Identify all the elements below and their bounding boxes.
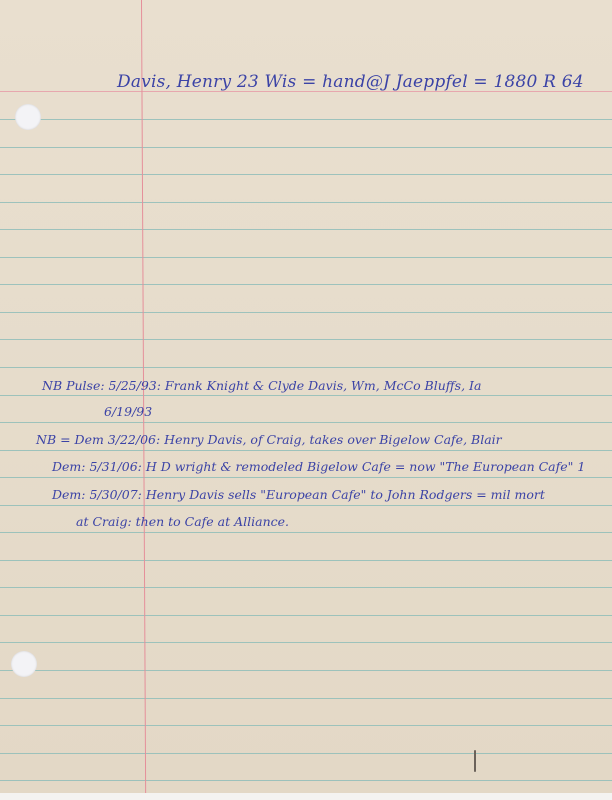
- rule-line: [0, 202, 612, 203]
- rule-line: [0, 560, 612, 561]
- rule-line: [0, 587, 612, 588]
- rule-line: [0, 119, 612, 120]
- rule-line: [0, 174, 612, 175]
- ink-smudge: [474, 750, 476, 772]
- rule-line: [0, 395, 612, 396]
- rule-line: [0, 532, 612, 533]
- rule-line: [0, 505, 612, 506]
- rule-line: [0, 229, 612, 230]
- rule-line: [0, 753, 612, 754]
- rule-line: [0, 698, 612, 699]
- rule-line: [0, 642, 612, 643]
- rule-line: [0, 422, 612, 423]
- note-date: 6/19/93: [104, 404, 152, 419]
- note-dem-1: Dem: 5/31/06: H D wright & remodeled Big…: [52, 459, 585, 474]
- rule-line: [0, 780, 612, 781]
- rule-line: [0, 477, 612, 478]
- note-dem-2-continued: at Craig: then to Cafe at Alliance.: [76, 514, 289, 529]
- scan-bottom-edge: [0, 793, 612, 800]
- rule-line: [0, 670, 612, 671]
- note-nb-dem: NB = Dem 3/22/06: Henry Davis, of Craig,…: [36, 432, 502, 447]
- rule-line: [0, 147, 612, 148]
- rule-line: [0, 284, 612, 285]
- rule-line: [0, 339, 612, 340]
- rule-line: [0, 450, 612, 451]
- record-title: Davis, Henry 23 Wis = hand@J Jaeppfel = …: [117, 72, 584, 92]
- punch-hole-bottom: [11, 651, 37, 677]
- lined-paper: Davis, Henry 23 Wis = hand@J Jaeppfel = …: [0, 0, 612, 793]
- punch-hole-top: [15, 104, 41, 130]
- rule-line: [0, 725, 612, 726]
- rule-line: [0, 615, 612, 616]
- note-nb-pulse: NB Pulse: 5/25/93: Frank Knight & Clyde …: [42, 378, 481, 393]
- note-dem-2: Dem: 5/30/07: Henry Davis sells "Europea…: [52, 487, 545, 502]
- rule-line: [0, 312, 612, 313]
- rule-line: [0, 367, 612, 368]
- rule-line: [0, 257, 612, 258]
